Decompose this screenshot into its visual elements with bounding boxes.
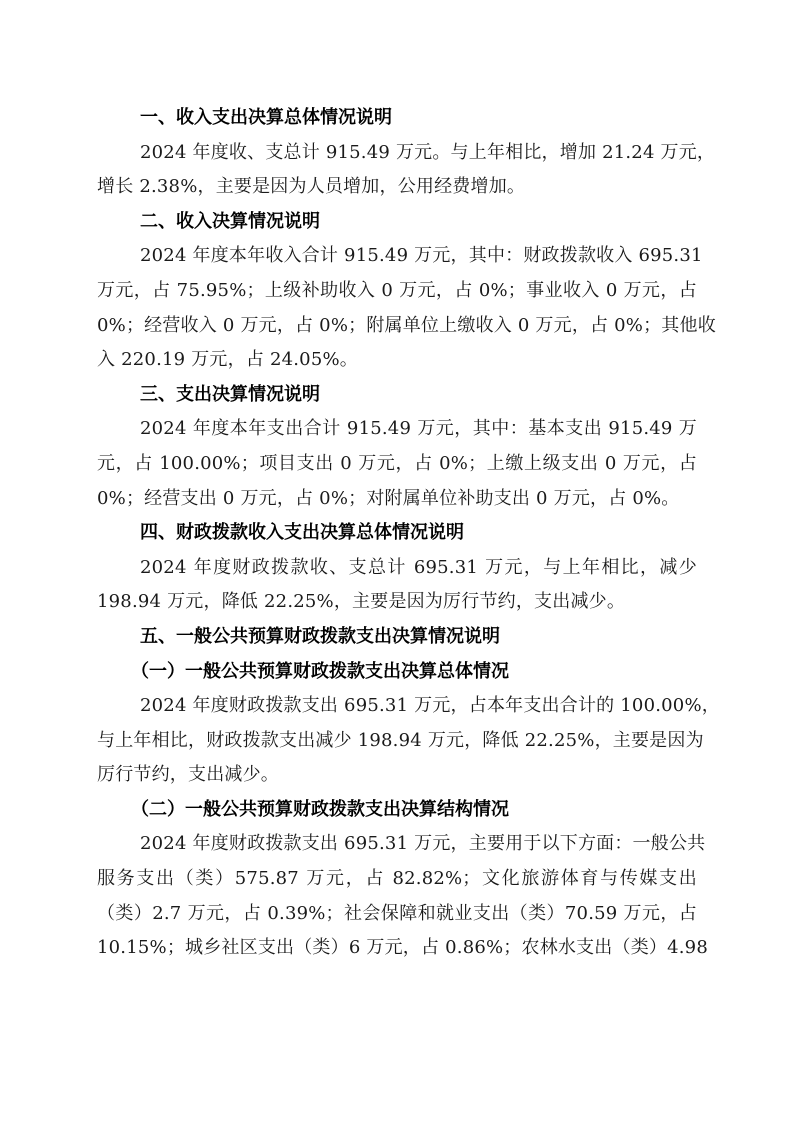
section-heading-2: 二、收入决算情况说明 bbox=[97, 205, 697, 240]
paragraph-line: 10.15%；城乡社区支出（类）6 万元，占 0.86%；农林水支出（类）4.9… bbox=[97, 931, 697, 966]
paragraph-line: 2024 年度收、支总计 915.49 万元。与上年相比，增加 21.24 万元… bbox=[97, 136, 697, 171]
paragraph-line: （类）2.7 万元，占 0.39%；社会保障和就业支出（类）70.59 万元，占 bbox=[97, 897, 697, 932]
paragraph-line: 2024 年度本年收入合计 915.49 万元，其中：财政拨款收入 695.31 bbox=[97, 239, 697, 274]
paragraph-line: 增长 2.38%，主要是因为人员增加，公用经费增加。 bbox=[97, 170, 697, 205]
paragraph-line: 万元，占 75.95%；上级补助收入 0 万元，占 0%；事业收入 0 万元，占 bbox=[97, 274, 697, 309]
paragraph-line: 入 220.19 万元，占 24.05%。 bbox=[97, 343, 697, 378]
paragraph-line: 2024 年度财政拨款收、支总计 695.31 万元，与上年相比，减少 bbox=[97, 551, 697, 586]
paragraph-line: 2024 年度本年支出合计 915.49 万元，其中：基本支出 915.49 万 bbox=[97, 412, 697, 447]
paragraph-line: 2024 年度财政拨款支出 695.31 万元，占本年支出合计的 100.00%… bbox=[97, 689, 697, 724]
paragraph-line: 厉行节约，支出减少。 bbox=[97, 758, 697, 793]
section-heading-5: 五、一般公共预算财政拨款支出决算情况说明 bbox=[97, 620, 697, 655]
section-heading-3: 三、支出决算情况说明 bbox=[97, 378, 697, 413]
paragraph-line: 元，占 100.00%；项目支出 0 万元，占 0%；上缴上级支出 0 万元，占 bbox=[97, 447, 697, 482]
paragraph-line: 与上年相比，财政拨款支出减少 198.94 万元，降低 22.25%，主要是因为 bbox=[97, 724, 697, 759]
subsection-heading-5-2: （二）一般公共预算财政拨款支出决算结构情况 bbox=[97, 793, 697, 828]
paragraph-line: 2024 年度财政拨款支出 695.31 万元，主要用于以下方面：一般公共 bbox=[97, 827, 697, 862]
section-heading-1: 一、收入支出决算总体情况说明 bbox=[97, 101, 697, 136]
subsection-heading-5-1: （一）一般公共预算财政拨款支出决算总体情况 bbox=[97, 655, 697, 690]
paragraph-line: 服务支出（类）575.87 万元，占 82.82%；文化旅游体育与传媒支出 bbox=[97, 862, 697, 897]
paragraph-line: 0%；经营收入 0 万元，占 0%；附属单位上缴收入 0 万元，占 0%；其他收 bbox=[97, 309, 697, 344]
paragraph-line: 198.94 万元，降低 22.25%，主要是因为厉行节约，支出减少。 bbox=[97, 585, 697, 620]
section-heading-4: 四、财政拨款收入支出决算总体情况说明 bbox=[97, 516, 697, 551]
paragraph-line: 0%；经营支出 0 万元，占 0%；对附属单位补助支出 0 万元，占 0%。 bbox=[97, 482, 697, 517]
document-page: 一、收入支出决算总体情况说明 2024 年度收、支总计 915.49 万元。与上… bbox=[97, 101, 697, 966]
